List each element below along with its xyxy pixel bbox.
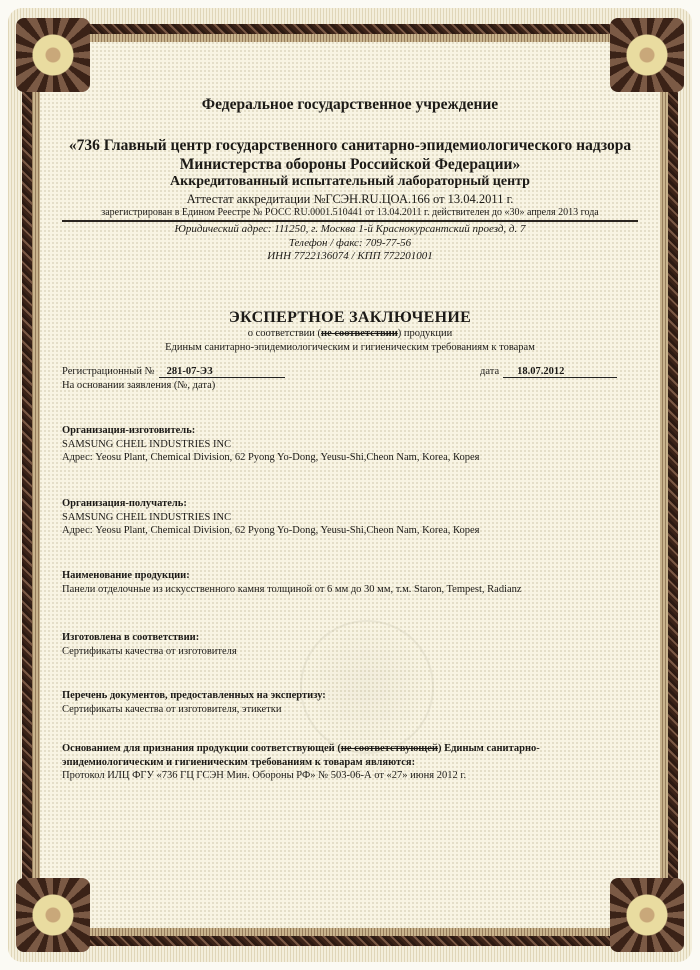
date-field: дата18.07.2012 (480, 366, 617, 378)
inn-kpp: ИНН 7722136074 / КПП 772201001 (62, 250, 638, 264)
grounds-section: Основанием для признания продукции соотв… (62, 742, 638, 783)
accreditation: Аттестат аккредитации №ГСЭН.RU.ЦОА.166 о… (62, 192, 638, 207)
reg-label: Регистрационный № (62, 366, 155, 377)
lab-name: Аккредитованный испытательный лабораторн… (62, 174, 638, 190)
center-name: «736 Главный центр государственного сани… (62, 136, 638, 174)
recipient-section: Организация-получатель: SAMSUNG CHEIL IN… (62, 497, 638, 538)
documents-label: Перечень документов, предоставленных на … (62, 689, 638, 703)
corner-ornament-icon (16, 878, 90, 952)
product-value: Панели отделочные из искусственного камн… (62, 583, 638, 597)
date-label: дата (480, 366, 499, 377)
subtitle-struck: не соответствии (321, 328, 398, 339)
manufactured-per-label: Изготовлена в соответствии: (62, 631, 638, 645)
documents-value: Сертификаты качества от изготовителя, эт… (62, 703, 638, 717)
grounds-value: Протокол ИЛЦ ФГУ «736 ГЦ ГСЭН Мин. Оборо… (62, 769, 638, 783)
center-name-line1: «736 Главный центр государственного сани… (62, 136, 638, 155)
manufacturer-label: Организация-изготовитель: (62, 424, 638, 438)
recipient-address: Адрес: Yeosu Plant, Chemical Division, 6… (62, 524, 638, 538)
document-subtitle-line2: Единым санитарно-эпидемиологическим и ги… (62, 342, 638, 353)
grounds-label-struck: не соответствующей (341, 743, 438, 754)
registration-line: Регистрационный №281-07-ЭЗ дата18.07.201… (62, 366, 638, 378)
manufactured-per-section: Изготовлена в соответствии: Сертификаты … (62, 631, 638, 658)
basis-label: На основании заявления (№, дата) (62, 380, 215, 391)
grounds-label-prefix: Основанием для признания продукции соотв… (62, 743, 341, 754)
manufacturer-name: SAMSUNG CHEIL INDUSTRIES INC (62, 438, 638, 452)
reg-number: 281-07-ЭЗ (159, 366, 285, 378)
document-subtitle: о соответствии (не соответствии) продукц… (62, 328, 638, 339)
institution-type: Федеральное государственное учреждение (62, 96, 638, 114)
center-name-line2: Министерства обороны Российской Федераци… (62, 155, 638, 174)
subtitle-prefix: о соответствии ( (248, 328, 321, 339)
corner-ornament-icon (610, 18, 684, 92)
product-section: Наименование продукции: Панели отделочны… (62, 569, 638, 596)
documents-section: Перечень документов, предоставленных на … (62, 689, 638, 716)
date-value: 18.07.2012 (503, 366, 617, 378)
corner-ornament-icon (610, 878, 684, 952)
legal-address: Юридический адрес: 111250, г. Москва 1-й… (62, 223, 638, 237)
manufacturer-section: Организация-изготовитель: SAMSUNG CHEIL … (62, 424, 638, 465)
corner-ornament-icon (16, 18, 90, 92)
manufacturer-address: Адрес: Yeosu Plant, Chemical Division, 6… (62, 451, 638, 465)
product-label: Наименование продукции: (62, 569, 638, 583)
document-title: ЭКСПЕРТНОЕ ЗАКЛЮЧЕНИЕ (62, 309, 638, 327)
phone-fax: Телефон / факс: 709-77-56 (62, 237, 638, 251)
manufactured-per-value: Сертификаты качества от изготовителя (62, 645, 638, 659)
grounds-label: Основанием для признания продукции соотв… (62, 742, 638, 769)
contact-block: Юридический адрес: 111250, г. Москва 1-й… (62, 211, 638, 264)
recipient-label: Организация-получатель: (62, 497, 638, 511)
recipient-name: SAMSUNG CHEIL INDUSTRIES INC (62, 511, 638, 525)
subtitle-suffix: ) продукции (398, 328, 453, 339)
